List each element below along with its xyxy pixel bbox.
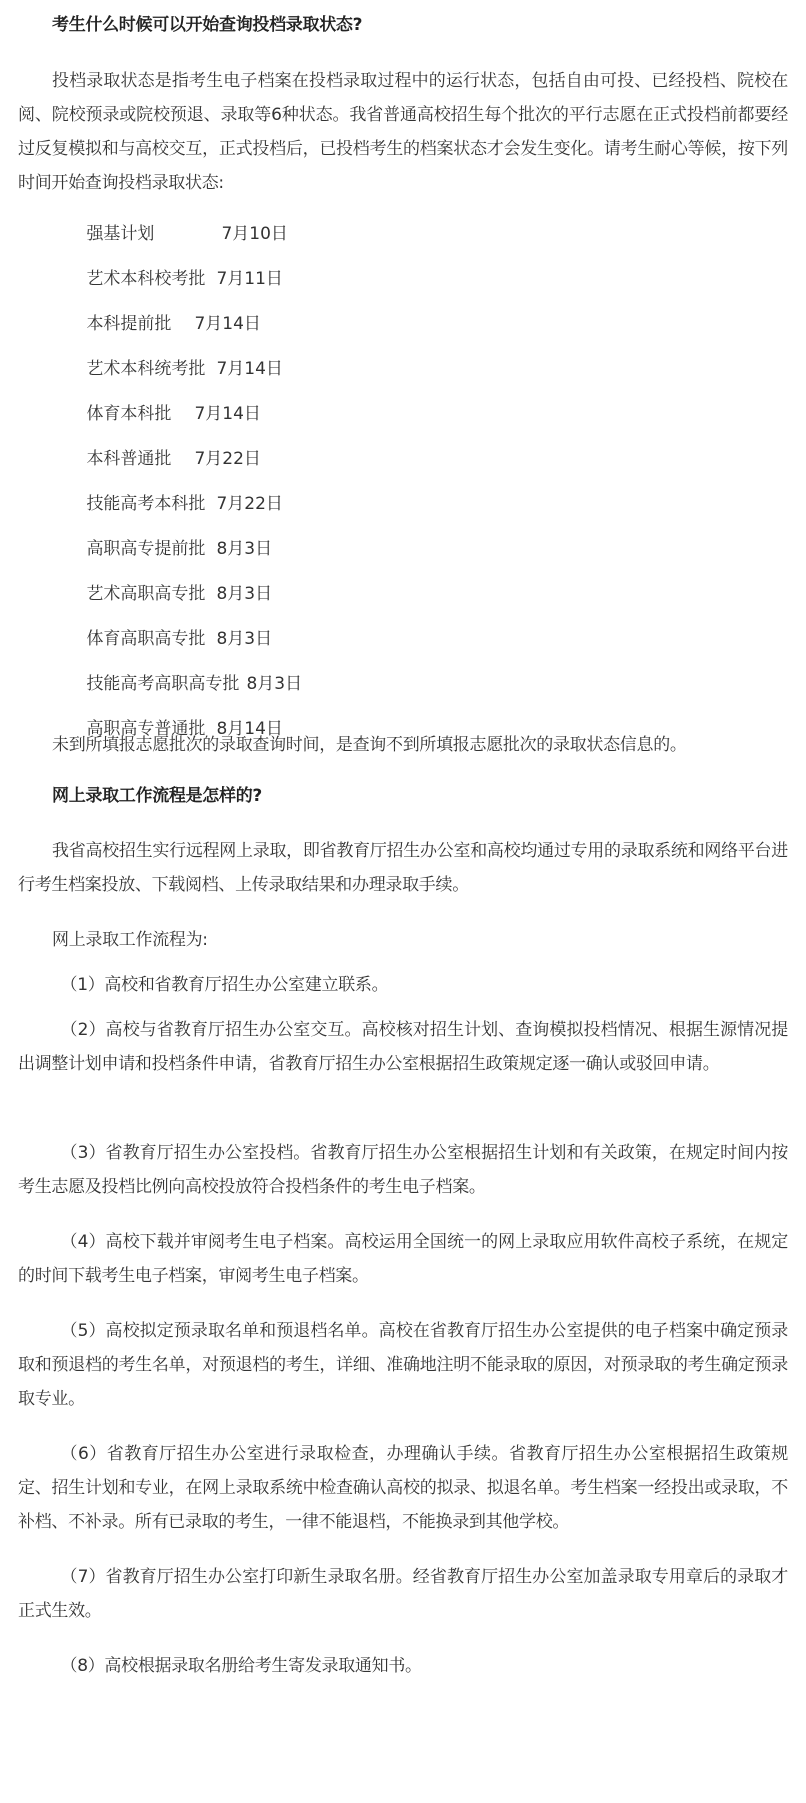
batch-name: 强基计划: [86, 217, 186, 251]
schedule-list: 强基计划7月10日 艺术本科校考批7月11日 本科提前批7月14日 艺术本科统考…: [18, 183, 788, 723]
batch-name: 高职高专提前批: [86, 532, 212, 566]
batch-date: 7月11日: [216, 262, 282, 296]
section-heading-query-time: 考生什么时候可以开始查询投档录取状态?: [18, 8, 788, 42]
process-step: （2）高校与省教育厅招生办公室交互。高校核对招生计划、查询模拟投档情况、根据生源…: [18, 1013, 788, 1081]
section-heading-process: 网上录取工作流程是怎样的?: [18, 779, 788, 813]
process-step: （3）省教育厅招生办公室投档。省教育厅招生办公室根据招生计划和有关政策，在规定时…: [18, 1136, 788, 1204]
batch-name: 艺术本科统考批: [86, 352, 212, 386]
batch-name: 技能高考本科批: [86, 487, 212, 521]
process-step: （1）高校和省教育厅招生办公室建立联系。: [18, 968, 788, 1002]
batch-date: 8月3日: [246, 667, 302, 701]
batch-name: 艺术高职高专批: [86, 577, 212, 611]
query-time-note: 未到所填报志愿批次的录取查询时间，是查询不到所填报志愿批次的录取状态信息的。: [18, 728, 788, 762]
batch-name: 本科普通批: [86, 442, 186, 476]
batch-date: 8月3日: [216, 622, 272, 656]
batch-name: 技能高考高职高专批: [86, 667, 246, 701]
batch-name: 本科提前批: [86, 307, 186, 341]
batch-date: 7月14日: [194, 397, 260, 431]
process-step: （5）高校拟定预录取名单和预退档名单。高校在省教育厅招生办公室提供的电子档案中确…: [18, 1314, 788, 1416]
process-label: 网上录取工作流程为:: [18, 923, 788, 957]
batch-date: 7月22日: [216, 487, 282, 521]
batch-date: 7月14日: [216, 352, 282, 386]
batch-date: 7月22日: [194, 442, 260, 476]
process-intro-paragraph: 我省高校招生实行远程网上录取，即省教育厅招生办公室和高校均通过专用的录取系统和网…: [18, 834, 788, 902]
process-step: （4）高校下载并审阅考生电子档案。高校运用全国统一的网上录取应用软件高校子系统，…: [18, 1225, 788, 1293]
batch-date: 8月3日: [216, 577, 272, 611]
batch-date: 8月3日: [216, 532, 272, 566]
process-step: （8）高校根据录取名册给考生寄发录取通知书。: [18, 1649, 788, 1683]
batch-name: 体育本科批: [86, 397, 186, 431]
batch-name: 体育高职高专批: [86, 622, 212, 656]
process-step: （6）省教育厅招生办公室进行录取检查，办理确认手续。省教育厅招生办公室根据招生政…: [18, 1437, 788, 1539]
intro-paragraph: 投档录取状态是指考生电子档案在投档录取过程中的运行状态，包括自由可投、已经投档、…: [18, 64, 788, 200]
schedule-row: 强基计划7月10日: [18, 183, 788, 228]
batch-date: 7月10日: [221, 217, 287, 251]
batch-name: 艺术本科校考批: [86, 262, 212, 296]
process-step: （7）省教育厅招生办公室打印新生录取名册。经省教育厅招生办公室加盖录取专用章后的…: [18, 1560, 788, 1628]
batch-date: 7月14日: [194, 307, 260, 341]
